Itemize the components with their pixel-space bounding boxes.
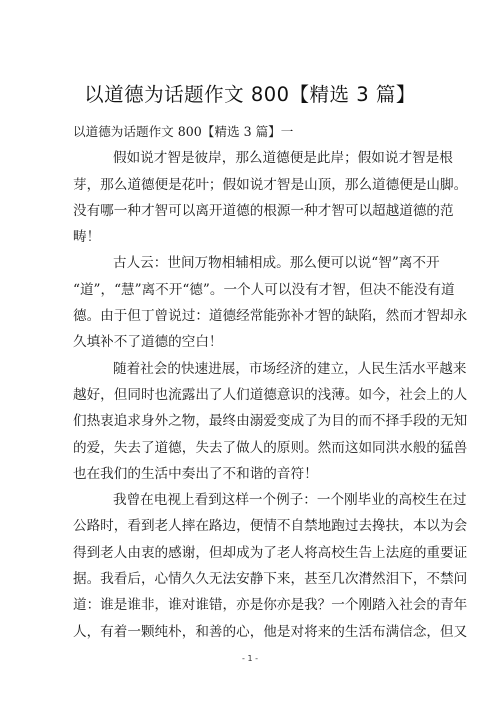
paragraph-4-line-3: 得到老人由衷的感谢，但却成为了老人将高校生告上法庭的重要证 (73, 540, 429, 566)
page-number: - 1 - (0, 654, 500, 663)
document-body: 以道德为话题作文 800【精选 3 篇】一 假如说才智是彼岸，那么道德便是此岸；… (73, 119, 429, 645)
paragraph-3-line-4: 的爱，失去了道德，失去了做人的原则。然而这如同洪水般的猛兽 (73, 435, 429, 461)
paragraph-3-line-1: 随着社会的快速进展，市场经济的建立，人民生活水平越来 (73, 356, 429, 382)
paragraph-1-line-2: 芽，那么道德便是花叶；假如说才智是山顶，那么道德便是山脚。 (73, 172, 429, 198)
paragraph-3-line-2: 越好，但同时也流露出了人们道德意识的浅薄。如今，社会上的人 (73, 382, 429, 408)
document-page: 以道德为话题作文 800【精选 3 篇】 以道德为话题作文 800【精选 3 篇… (0, 0, 500, 707)
paragraph-2-line-3: 德。由于但丁曾说过：道德经常能弥补才智的缺陷，然而才智却永 (73, 303, 429, 329)
paragraph-2-line-4: 久填补不了道德的空白！ (73, 329, 429, 355)
paragraph-4-line-4: 据。我看后，心情久久无法安静下来，甚至几次潸然泪下，不禁问 (73, 566, 429, 592)
paragraph-1-line-3: 没有哪一种才智可以离开道德的根源一种才智可以超越道德的范 (73, 198, 429, 224)
paragraph-4-line-1: 我曾在电视上看到这样一个例子：一个刚毕业的高校生在过 (73, 487, 429, 513)
paragraph-2-line-2: “道”，“慧”离不开“德”。一个人可以没有才智，但决不能没有道 (73, 277, 429, 303)
document-title: 以道德为话题作文 800【精选 3 篇】 (0, 80, 500, 110)
paragraph-4-line-6: 人，有着一颗纯朴，和善的心，他是对将来的生活布满信念，但又 (73, 619, 429, 645)
paragraph-4-line-5: 道：谁是谁非，谁对谁错，亦是你亦是我？一个刚踏入社会的青年 (73, 592, 429, 618)
paragraph-1-line-1: 假如说才智是彼岸，那么道德便是此岸；假如说才智是根 (73, 145, 429, 171)
paragraph-3-line-5: 也在我们的生活中奏出了不和谐的音符！ (73, 461, 429, 487)
paragraph-3-line-3: 们热衷追求身外之物，最终由溺爱变成了为目的而不择手段的无知 (73, 408, 429, 434)
paragraph-2-line-1: 古人云：世间万物相辅相成。那么便可以说“智”离不开 (73, 250, 429, 276)
paragraph-1-line-4: 畴！ (73, 224, 429, 250)
paragraph-4-line-2: 公路时，看到老人摔在路边，便情不自禁地跑过去搀扶，本以为会 (73, 513, 429, 539)
section-heading: 以道德为话题作文 800【精选 3 篇】一 (73, 119, 429, 145)
